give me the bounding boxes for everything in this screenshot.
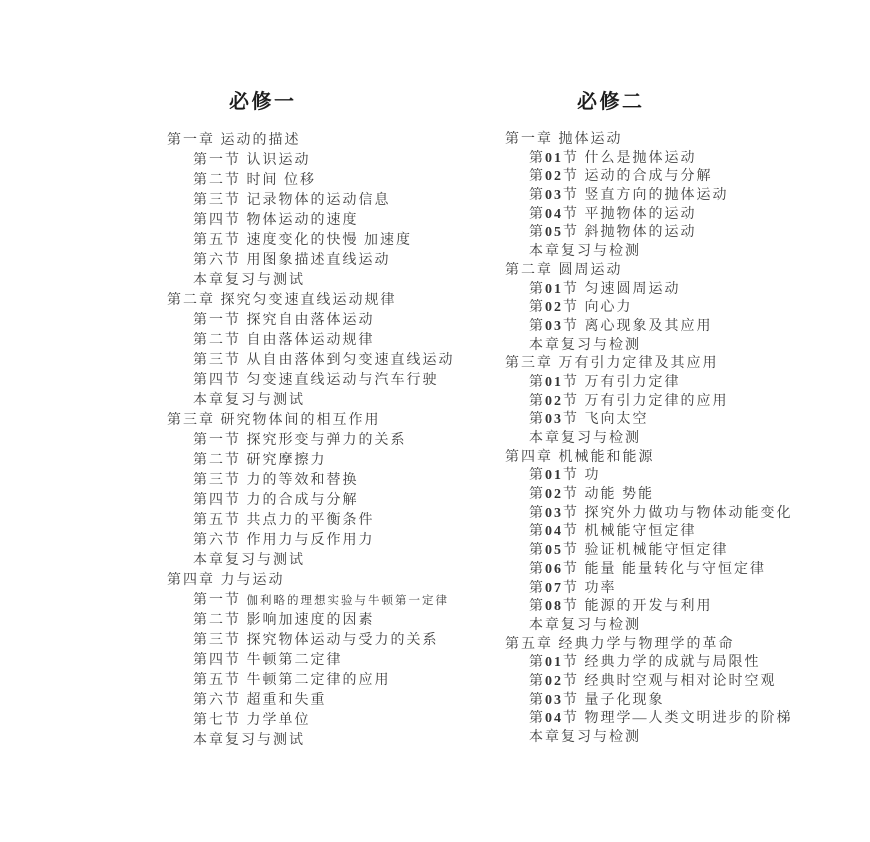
toc-lines: 第一章 抛体运动第01节 什么是抛体运动第02节 运动的合成与分解第03节 竖直… (505, 131, 793, 748)
toc-item: 第六节 超重和失重 (167, 691, 455, 711)
toc-item: 第01节 功 (505, 467, 793, 486)
toc-item: 第06节 能量 能量转化与守恒定律 (505, 561, 793, 580)
toc-item: 第四节 物体运动的速度 (167, 211, 455, 231)
toc-page: 必修一 第一章 运动的描述第一节 认识运动第二节 时间 位移第三节 记录物体的运… (0, 0, 870, 842)
toc-item: 本章复习与检测 (505, 430, 793, 449)
toc-item: 第一节 认识运动 (167, 151, 455, 171)
toc-item: 第四节 牛顿第二定律 (167, 651, 455, 671)
toc-item: 第08节 能源的开发与利用 (505, 598, 793, 617)
toc-item: 第02节 万有引力定律的应用 (505, 393, 793, 412)
toc-chapter: 第二章 探究匀变速直线运动规律 (167, 291, 455, 311)
toc-lines: 第一章 运动的描述第一节 认识运动第二节 时间 位移第三节 记录物体的运动信息第… (167, 131, 455, 751)
toc-item: 第01节 万有引力定律 (505, 374, 793, 393)
toc-item: 第02节 运动的合成与分解 (505, 168, 793, 187)
toc-item: 第五节 共点力的平衡条件 (167, 511, 455, 531)
toc-item: 第五节 牛顿第二定律的应用 (167, 671, 455, 691)
toc-item: 第03节 离心现象及其应用 (505, 318, 793, 337)
toc-item: 第05节 斜抛物体的运动 (505, 224, 793, 243)
toc-item: 第02节 经典时空观与相对论时空观 (505, 673, 793, 692)
toc-item: 第六节 作用力与反作用力 (167, 531, 455, 551)
toc-item: 第一节 探究自由落体运动 (167, 311, 455, 331)
column-title-compulsory-1: 必修一 (229, 85, 297, 114)
toc-item: 本章复习与检测 (505, 729, 793, 748)
toc-item: 本章复习与测试 (167, 731, 455, 751)
toc-item: 第03节 量子化现象 (505, 692, 793, 711)
toc-chapter: 第四章 机械能和能源 (505, 449, 793, 468)
toc-chapter: 第五章 经典力学与物理学的革命 (505, 636, 793, 655)
toc-item: 第二节 影响加速度的因素 (167, 611, 455, 631)
toc-item: 第七节 力学单位 (167, 711, 455, 731)
toc-item: 本章复习与测试 (167, 271, 455, 291)
toc-chapter: 第四章 力与运动 (167, 571, 455, 591)
toc-item: 第04节 机械能守恒定律 (505, 523, 793, 542)
toc-item: 第01节 什么是抛体运动 (505, 150, 793, 169)
toc-item: 第二节 自由落体运动规律 (167, 331, 455, 351)
toc-item: 本章复习与测试 (167, 391, 455, 411)
toc-item: 本章复习与测试 (167, 551, 455, 571)
toc-item: 第04节 平抛物体的运动 (505, 206, 793, 225)
toc-item: 第一节 探究形变与弹力的关系 (167, 431, 455, 451)
toc-chapter: 第一章 抛体运动 (505, 131, 793, 150)
toc-item: 第三节 从自由落体到匀变速直线运动 (167, 351, 455, 371)
toc-item: 第一节 伽利略的理想实验与牛顿第一定律 (167, 591, 455, 611)
toc-item: 第03节 探究外力做功与物体动能变化 (505, 505, 793, 524)
toc-item: 第07节 功率 (505, 580, 793, 599)
toc-item: 第四节 力的合成与分解 (167, 491, 455, 511)
toc-item: 第三节 探究物体运动与受力的关系 (167, 631, 455, 651)
toc-item: 第五节 速度变化的快慢 加速度 (167, 231, 455, 251)
toc-item: 第05节 验证机械能守恒定律 (505, 542, 793, 561)
toc-item: 第二节 研究摩擦力 (167, 451, 455, 471)
toc-item: 第三节 记录物体的运动信息 (167, 191, 455, 211)
toc-item: 本章复习与检测 (505, 243, 793, 262)
toc-item: 本章复习与检测 (505, 337, 793, 356)
toc-item: 第02节 动能 势能 (505, 486, 793, 505)
toc-item: 第六节 用图象描述直线运动 (167, 251, 455, 271)
toc-item: 第03节 竖直方向的抛体运动 (505, 187, 793, 206)
toc-item: 第二节 时间 位移 (167, 171, 455, 191)
toc-chapter: 第一章 运动的描述 (167, 131, 455, 151)
toc-item: 第02节 向心力 (505, 299, 793, 318)
column-title-compulsory-2: 必修二 (577, 85, 645, 114)
toc-item: 第01节 匀速圆周运动 (505, 281, 793, 300)
toc-chapter: 第三章 研究物体间的相互作用 (167, 411, 455, 431)
toc-item: 第三节 力的等效和替换 (167, 471, 455, 491)
toc-chapter: 第二章 圆周运动 (505, 262, 793, 281)
toc-item: 第四节 匀变速直线运动与汽车行驶 (167, 371, 455, 391)
toc-item: 第03节 飞向太空 (505, 411, 793, 430)
toc-item: 本章复习与检测 (505, 617, 793, 636)
toc-chapter: 第三章 万有引力定律及其应用 (505, 355, 793, 374)
toc-item: 第01节 经典力学的成就与局限性 (505, 654, 793, 673)
toc-item: 第04节 物理学—人类文明进步的阶梯 (505, 710, 793, 729)
